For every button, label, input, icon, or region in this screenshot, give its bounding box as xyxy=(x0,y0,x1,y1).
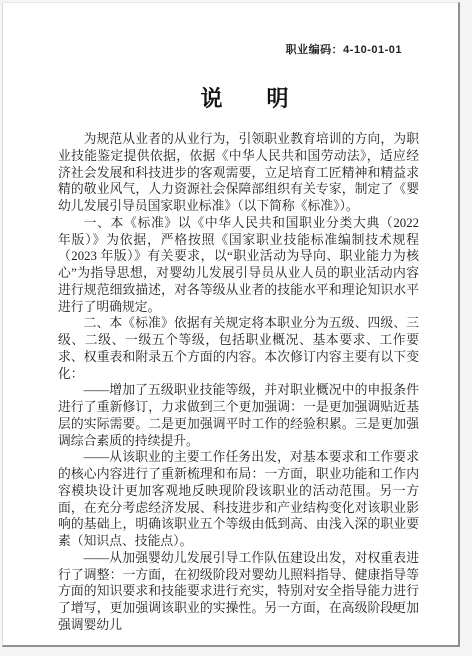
paragraph-intro: 为规范从业者的从业行为，引领职业教育培训的方向，为职业技能鉴定提供依据，依据《中… xyxy=(58,131,419,215)
paragraph-change-1: ——增加了五级职业技能等级，并对职业概况中的申报条件进行了重新修订，力求做到三个… xyxy=(58,382,419,449)
paragraph-item-1: 一、本《标准》以《中华人民共和国职业分类大典（2022 年版）》为依据，严格按照… xyxy=(58,215,419,316)
paragraph-change-2: ——从该职业的主要工作任务出发，对基本要求和工作要求的核心内容进行了重新梳理和布… xyxy=(58,449,419,550)
paragraph-item-2: 二、本《标准》依据有关规定将本职业分为五级、四级、三级、二级、一级五个等级，包括… xyxy=(58,315,419,382)
paragraph-change-3: ——从加强婴幼儿发展引导工作队伍建设出发，对权重表进行了调整：一方面，在初级阶段… xyxy=(58,550,419,634)
page-number: 1 xyxy=(391,599,397,614)
document-page: 职业编码：4-10-01-01 说 明 为规范从业者的从业行为，引领职业教育培训… xyxy=(2,2,460,647)
document-body: 为规范从业者的从业行为，引领职业教育培训的方向，为职业技能鉴定提供依据，依据《中… xyxy=(58,131,419,634)
page-title: 说 明 xyxy=(3,82,458,113)
occupation-code-label: 职业编码：4-10-01-01 xyxy=(286,41,402,57)
